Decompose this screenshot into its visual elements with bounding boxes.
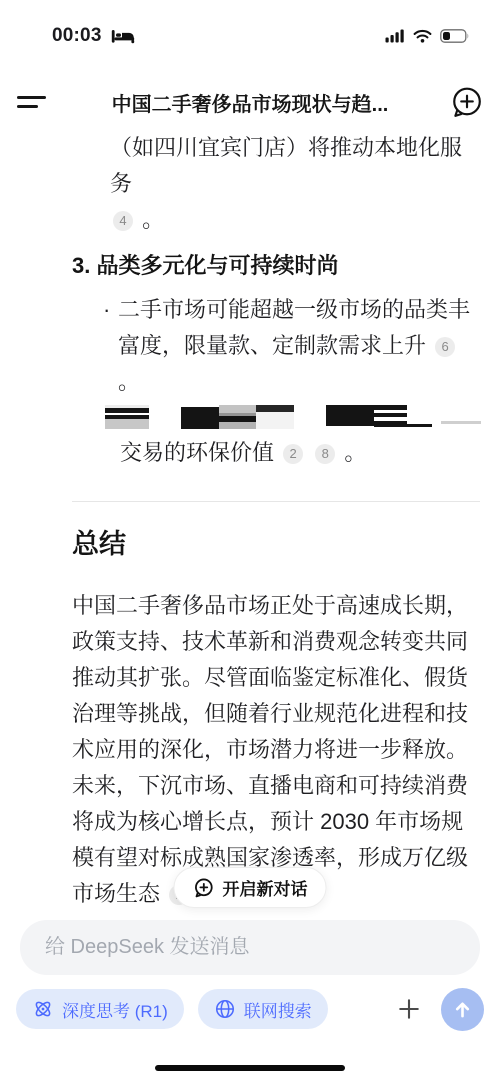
- attach-plus-icon[interactable]: [395, 995, 423, 1023]
- atom-icon: [32, 998, 54, 1020]
- corrupted-pixels-segment: [219, 405, 256, 429]
- composer-toolbar: 深度思考 (R1) 联网搜索: [16, 987, 484, 1031]
- continuation-text: （如四川宜宾门店）将推动本地化服务: [110, 135, 462, 196]
- deep-think-toggle[interactable]: 深度思考 (R1): [16, 989, 184, 1029]
- message-input[interactable]: [45, 936, 455, 959]
- chat-header: 中国二手奢侈品市场现状与趋...: [0, 80, 500, 124]
- battery-icon: [440, 29, 470, 43]
- bullet-text: 二手市场可能超越一级市场的品类丰富度，限量款、定制款需求上升 6 。: [118, 292, 480, 400]
- corrupted-pixels-segment: [326, 405, 374, 429]
- globe-icon: [214, 998, 236, 1020]
- section-divider: [72, 501, 480, 502]
- bullet-item: · 二手市场可能超越一级市场的品类丰富度，限量款、定制款需求上升 6 。: [72, 292, 480, 400]
- citation-badge[interactable]: 8: [315, 444, 335, 464]
- bullet-continuation-line: 交易的环保价值 2 8 。: [120, 435, 480, 471]
- start-new-chat-button[interactable]: 开启新对话: [174, 867, 327, 908]
- send-button[interactable]: [441, 988, 484, 1031]
- section-heading: 3. 品类多元化与可持续时尚: [72, 250, 480, 282]
- corrupted-render-strip: [105, 405, 460, 429]
- start-new-chat-label: 开启新对话: [223, 875, 308, 900]
- bullet-marker: ·: [103, 292, 118, 400]
- chat-title: 中国二手奢侈品市场现状与趋...: [56, 88, 444, 117]
- status-right-cluster: [385, 29, 470, 43]
- citation-badge[interactable]: 2: [283, 444, 303, 464]
- wifi-icon: [413, 29, 432, 43]
- period-text: 。: [142, 207, 164, 232]
- corrupted-pixels-segment: [105, 405, 149, 429]
- arrow-up-icon: [452, 999, 473, 1020]
- new-chat-icon[interactable]: [444, 85, 484, 120]
- sleep-mode-icon: [111, 29, 135, 44]
- corrupted-pixels-segment: [256, 405, 294, 429]
- web-search-label: 联网搜索: [244, 997, 312, 1022]
- web-search-toggle[interactable]: 联网搜索: [198, 989, 328, 1029]
- summary-paragraph: 中国二手奢侈品市场正处于高速成长期，政策支持、技术革新和消费观念转变共同推动其扩…: [72, 588, 480, 910]
- new-chat-bubble-icon: [193, 877, 215, 899]
- message-composer[interactable]: [20, 920, 480, 975]
- corrupted-pixels-segment: [374, 424, 432, 427]
- citation-badge[interactable]: 6: [435, 337, 455, 357]
- sidebar-menu-icon[interactable]: [16, 94, 56, 111]
- wrapped-bullet-continuation: （如四川宜宾门店）将推动本地化服务 4 。: [110, 130, 480, 238]
- status-time: 00:03: [52, 25, 102, 47]
- continuation-citation-line: 4 。: [110, 202, 480, 238]
- home-indicator[interactable]: [155, 1065, 345, 1071]
- corrupted-pixels-segment: [441, 421, 481, 424]
- assistant-message-body: （如四川宜宾门店）将推动本地化服务 4 。 3. 品类多元化与可持续时尚 · 二…: [0, 128, 500, 910]
- deep-think-label: 深度思考 (R1): [62, 997, 168, 1022]
- deepseek-app-screen: 00:03: [0, 0, 500, 1075]
- cellular-signal-icon: [385, 29, 405, 43]
- corrupted-pixels-segment: [181, 405, 219, 429]
- status-bar: 00:03: [0, 0, 500, 58]
- citation-badge[interactable]: 4: [113, 211, 133, 231]
- summary-heading: 总结: [72, 526, 480, 562]
